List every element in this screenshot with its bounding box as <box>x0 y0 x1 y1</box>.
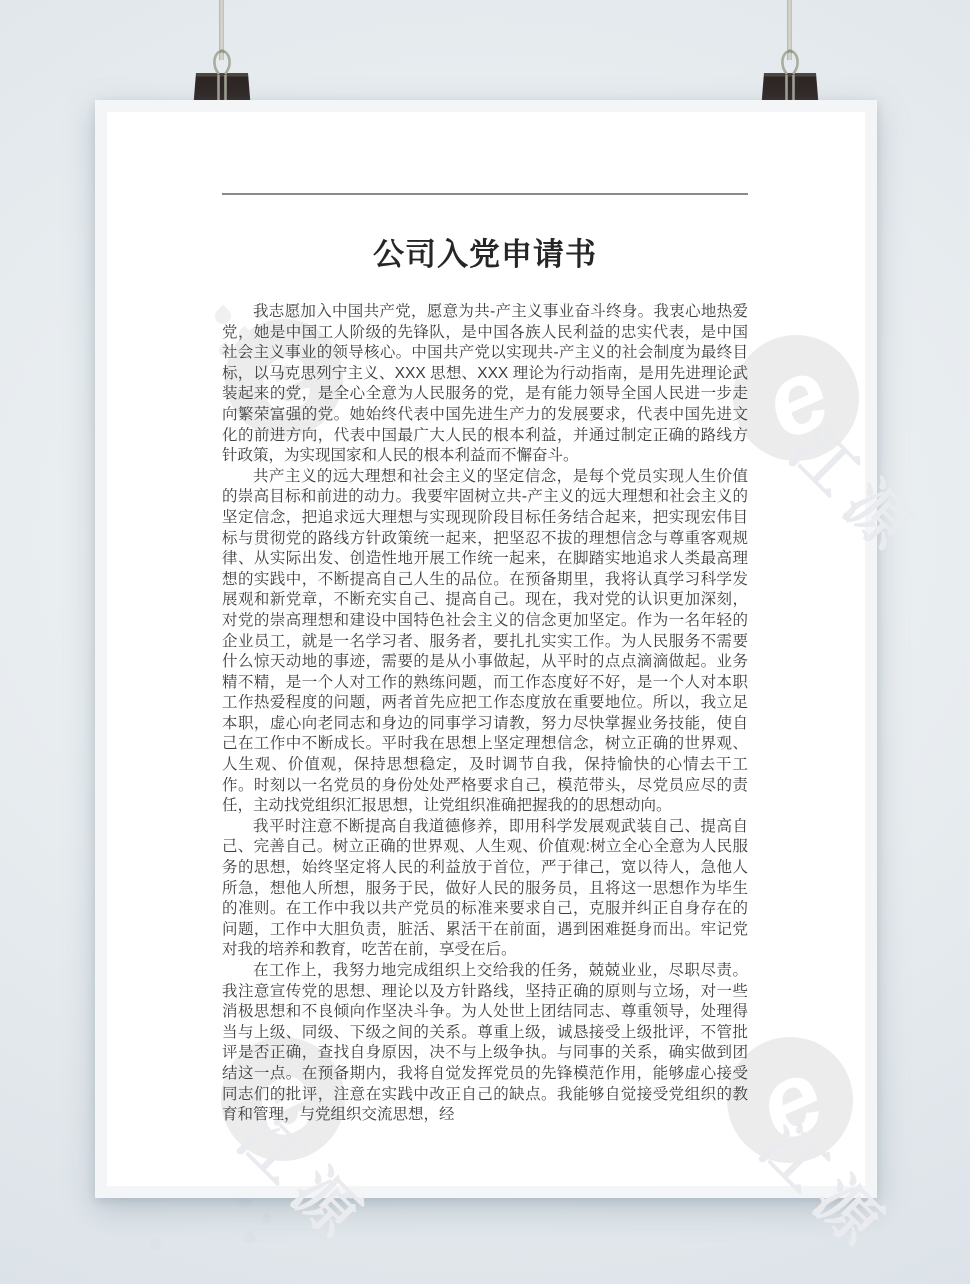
droplet-icon <box>148 1238 164 1254</box>
watermark-logo-icon: e <box>733 335 859 461</box>
paper-sheet: e e e e 江源 江源 江源 公司入党申请书 我志愿加入中国共产党，愿意为 <box>95 100 877 1198</box>
page-title: 公司入党申请书 <box>222 229 748 274</box>
watermark-brand-text: 江源 <box>774 404 944 574</box>
logo-letter: e <box>749 340 842 456</box>
droplet-icon <box>242 1230 259 1247</box>
body-paragraph: 我志愿加入中国共产党，愿意为共-产主义事业奋斗终身。我衷心地热爱党，她是中国工人… <box>222 302 748 467</box>
watermark-brand-text: 江源 <box>744 1100 914 1270</box>
body-paragraph: 在工作上，我努力地完成组织上交给我的任务，兢兢业业，尽职尽责。我注意宣传党的思想… <box>222 961 748 1126</box>
poster-scene: e e e e 江源 江源 江源 公司入党申请书 我志愿加入中国共产党，愿意为 <box>0 0 970 1284</box>
logo-letter: e <box>743 1042 836 1158</box>
title-divider <box>222 193 748 195</box>
document-content: 公司入党申请书 我志愿加入中国共产党，愿意为共-产主义事业奋斗终身。我衷心地热爱… <box>222 193 748 1126</box>
droplet-icon <box>260 1212 274 1226</box>
binder-clip-icon <box>190 45 254 107</box>
body-paragraph: 共产主义的远大理想和社会主义的坚定信念，是每个党员实现人生价值的崇高目标和前进的… <box>222 467 748 817</box>
body-paragraph: 我平时注意不断提高自我道德修养，即用科学发展观武装自己、提高自己、完善自己。树立… <box>222 817 748 961</box>
binder-clip-icon <box>758 45 822 107</box>
